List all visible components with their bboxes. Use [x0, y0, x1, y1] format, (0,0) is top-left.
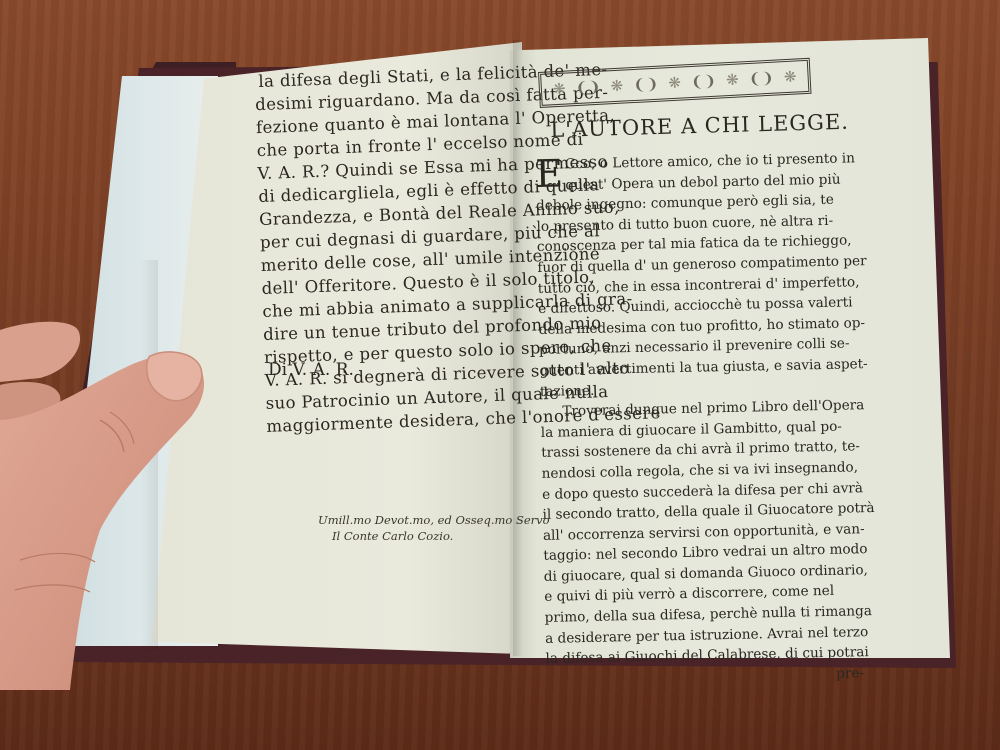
- signature-name: Il Conte Carlo Cozio.: [332, 528, 550, 544]
- photo-scene: la difesa degli Stati, e la felicità de'…: [0, 0, 1000, 750]
- signature-line: Umill.mo Devot.mo, ed Osseq.mo Servo: [318, 512, 550, 528]
- flower-ornament-icon: ❋: [726, 71, 740, 90]
- scroll-ornament-icon: ❨❩: [691, 72, 717, 91]
- hand: [0, 300, 215, 690]
- flower-ornament-icon: ❋: [668, 74, 682, 93]
- scroll-ornament-icon: ❨❩: [748, 69, 774, 88]
- closing-salutation: Di V. A. R.: [268, 360, 354, 380]
- right-page-text: E Cco, o Lettore amico, che io ti presen…: [535, 148, 878, 690]
- flower-ornament-icon: ❋: [783, 67, 797, 86]
- drop-cap: E: [535, 156, 563, 191]
- scroll-ornament-icon: ❨❩: [575, 78, 601, 97]
- flower-ornament-icon: ❋: [552, 80, 566, 99]
- flower-ornament-icon: ❋: [610, 77, 624, 96]
- scroll-ornament-icon: ❨❩: [633, 75, 659, 94]
- signature: Umill.mo Devot.mo, ed Osseq.mo Servo Il …: [318, 512, 550, 544]
